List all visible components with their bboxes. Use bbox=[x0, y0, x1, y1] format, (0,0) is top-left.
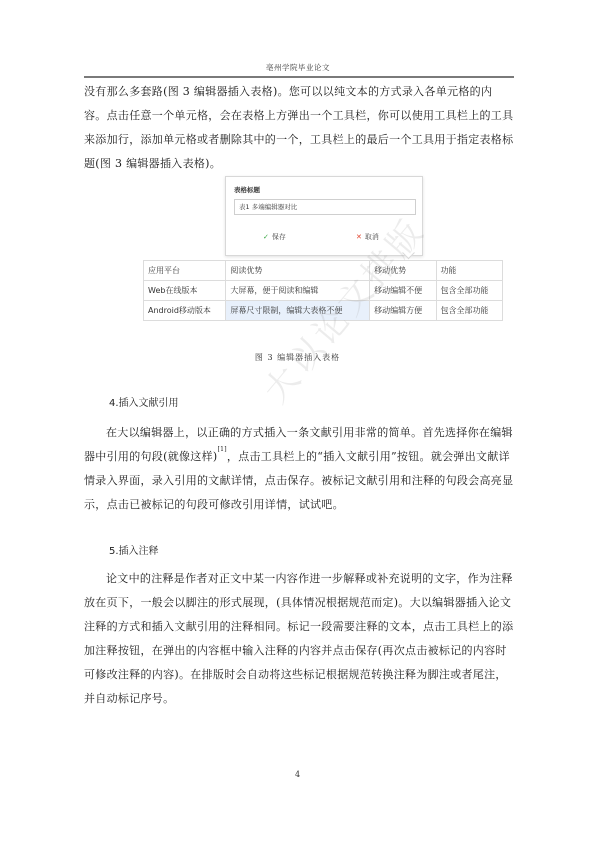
table-title-popup: 表格标题 表1 多端编辑器对比 ✓保存 ✕取消 bbox=[225, 176, 423, 256]
save-label: 保存 bbox=[272, 233, 286, 241]
figure-editor-table: 表格标题 表1 多端编辑器对比 ✓保存 ✕取消 应用平台 阅读优势 移动优势 功… bbox=[143, 176, 503, 328]
cancel-button[interactable]: ✕取消 bbox=[356, 232, 379, 242]
figure-caption: 图 3 编辑器插入表格 bbox=[0, 352, 595, 363]
cancel-label: 取消 bbox=[365, 233, 379, 241]
table-row: Android移动版本 屏幕尺寸限制，编辑大表格不便 移动编辑方便 包含全部功能 bbox=[144, 301, 503, 321]
table-row: Web在线版本 大屏幕，便于阅读和编辑 移动编辑不便 包含全部功能 bbox=[144, 281, 503, 301]
page-number: 4 bbox=[0, 770, 595, 779]
header-rule bbox=[84, 76, 514, 78]
table-title-input[interactable]: 表1 多端编辑器对比 bbox=[234, 199, 416, 215]
table-cell[interactable]: 包含全部功能 bbox=[436, 301, 502, 321]
section-heading: 5.插入注释 bbox=[109, 542, 159, 557]
table-cell-selected[interactable]: 屏幕尺寸限制，编辑大表格不便 bbox=[226, 301, 370, 321]
table-cell[interactable]: 功能 bbox=[436, 261, 502, 281]
table-cell[interactable]: 包含全部功能 bbox=[436, 281, 502, 301]
table-cell[interactable]: Android移动版本 bbox=[144, 301, 226, 321]
section4-paragraph: 在大以编辑器上，以正确的方式插入一条文献引用非常的简单。首先选择你在编辑器中引用… bbox=[84, 421, 514, 517]
comparison-table: 应用平台 阅读优势 移动优势 功能 Web在线版本 大屏幕，便于阅读和编辑 移动… bbox=[143, 260, 503, 321]
table-header-row: 应用平台 阅读优势 移动优势 功能 bbox=[144, 261, 503, 281]
table-cell[interactable]: 移动编辑不便 bbox=[370, 281, 436, 301]
table-cell[interactable]: 移动优势 bbox=[370, 261, 436, 281]
check-icon: ✓ bbox=[263, 233, 269, 241]
citation-marker: [1] bbox=[217, 446, 226, 453]
section5-paragraph: 论文中的注释是作者对正文中某一内容作进一步解释或补充说明的文字，作为注释放在页下… bbox=[84, 567, 514, 711]
section-heading: 4.插入文献引用 bbox=[109, 394, 179, 409]
table-cell[interactable]: 应用平台 bbox=[144, 261, 226, 281]
intro-paragraph: 没有那么多套路(图 3 编辑器插入表格)。您可以以纯文本的方式录入各单元格的内容… bbox=[84, 80, 514, 176]
table-cell[interactable]: 移动编辑方便 bbox=[370, 301, 436, 321]
table-cell[interactable]: Web在线版本 bbox=[144, 281, 226, 301]
close-icon: ✕ bbox=[356, 233, 362, 241]
popup-arrow bbox=[402, 246, 415, 259]
table-cell[interactable]: 大屏幕，便于阅读和编辑 bbox=[226, 281, 370, 301]
page-header: 亳州学院毕业论文 bbox=[84, 62, 512, 73]
table-cell[interactable]: 阅读优势 bbox=[226, 261, 370, 281]
save-button[interactable]: ✓保存 bbox=[263, 232, 286, 242]
table-title-label: 表格标题 bbox=[234, 185, 260, 194]
